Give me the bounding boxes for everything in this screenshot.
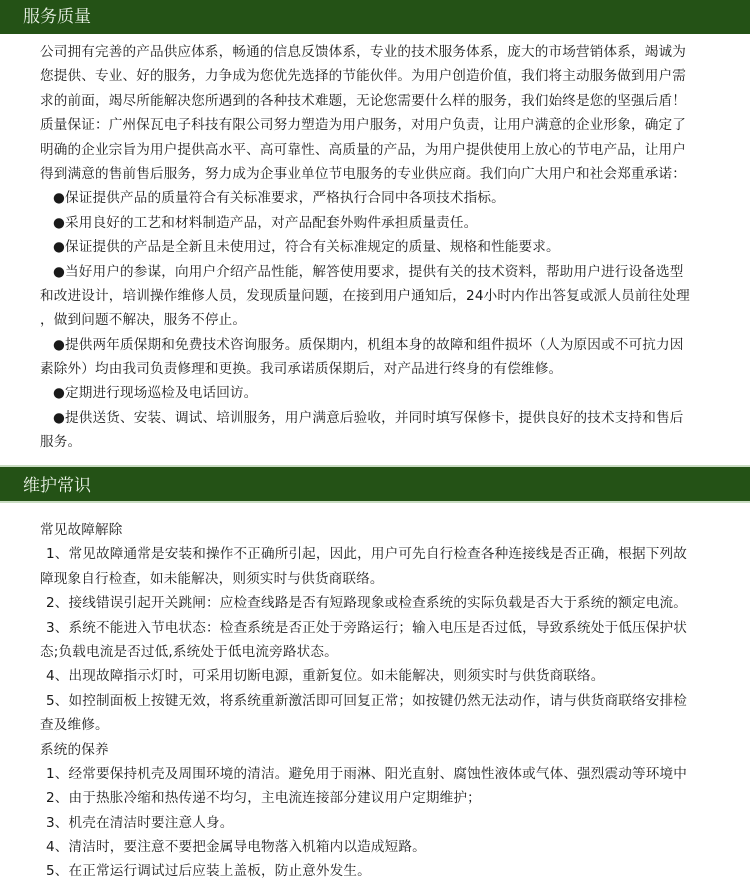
bullet-item: ●保证提供的产品是全新且未使用过，符合有关标准规定的质量、规格和性能要求。: [40, 235, 720, 259]
paragraph-line: 障现象自行检查，如未能解决，则须实时与供货商联络。: [40, 567, 720, 591]
numbered-item: 4、出现故障指示灯时，可采用切断电源，重新复位。如未能解决，则须实时与供货商联络…: [40, 664, 720, 688]
numbered-item: 4、清洁时，要注意不要把金属导电物落入机箱内以造成短路。: [40, 835, 720, 859]
numbered-item: 3、机壳在清洁时要注意人身。: [40, 811, 720, 835]
bullet-item: ●提供两年质保期和免费技术咨询服务。质保期内，机组本身的故障和组件损坏（人为原因…: [40, 333, 720, 357]
paragraph-line: 和改进设计，培训操作维修人员，发现质量问题，在接到用户通知后，24小时内作出答复…: [40, 284, 720, 308]
bullet-item: ●提供送货、安装、调试、培训服务，用户满意后验收，并同时填写保修卡，提供良好的技…: [40, 406, 720, 430]
paragraph-line: 公司拥有完善的产品供应体系，畅通的信息反馈体系，专业的技术服务体系，庞大的市场营…: [40, 40, 720, 64]
section-title: 服务质量: [23, 7, 91, 27]
paragraph-line: ，做到问题不解决，服务不停止。: [40, 308, 720, 332]
subsection-heading: 常见故障解除: [40, 518, 720, 542]
subsection-heading: 系统的保养: [40, 738, 720, 762]
numbered-item: 1、经常要保持机壳及周围环境的清洁。避免用于雨淋、阳光直射、腐蚀性液体或气体、强…: [40, 762, 720, 786]
numbered-item: 5、如控制面板上按键无效，将系统重新激活即可回复正常；如按键仍然无法动作，请与供…: [40, 689, 720, 713]
paragraph-line: 素除外）均由我司负责修理和更换。我司承诺质保期后，对产品进行终身的有偿维修。: [40, 357, 720, 381]
numbered-item: 1、常见故障通常是安装和操作不正确所引起，因此，用户可先自行检查各种连接线是否正…: [40, 542, 720, 566]
bullet-item: ●定期进行现场巡检及电话回访。: [40, 381, 720, 405]
numbered-item: 3、系统不能进入节电状态：检查系统是否正处于旁路运行；输入电压是否过低，导致系统…: [40, 616, 720, 640]
section-header-service-quality: 服务质量: [0, 0, 750, 34]
paragraph-line: 明确的企业宗旨为用户提供高水平、高可靠性、高质量的产品，为用户提供使用上放心的节…: [40, 138, 720, 162]
paragraph-line: 质量保证：广州保瓦电子科技有限公司努力塑造为用户服务，对用户负责，让用户满意的企…: [40, 113, 720, 137]
numbered-item: 2、接线错误引起开关跳闸：应检查线路是否有短路现象或检查系统的实际负载是否大于系…: [40, 591, 720, 615]
maintenance-body: 常见故障解除 1、常见故障通常是安装和操作不正确所引起，因此，用户可先自行检查各…: [40, 518, 720, 884]
paragraph-line: 服务。: [40, 430, 720, 454]
paragraph-line: 得到满意的售前售后服务，努力成为企事业单位节电服务的专业供应商。我们向广大用户和…: [40, 162, 720, 186]
paragraph-line: 态;负载电流是否过低,系统处于低电流旁路状态。: [40, 640, 720, 664]
bullet-item: ●采用良好的工艺和材料制造产品，对产品配套外购件承担质量责任。: [40, 211, 720, 235]
paragraph-line: 您提供、专业、好的服务，力争成为您优先选择的节能伙伴。为用户创造价值，我们将主动…: [40, 64, 720, 88]
paragraph-line: 求的前面，竭尽所能解决您所遇到的各种技术难题，无论您需要什么样的服务，我们始终是…: [40, 89, 720, 113]
numbered-item: 5、在正常运行调试过后应装上盖板，防止意外发生。: [40, 859, 720, 883]
bullet-item: ●当好用户的参谋，向用户介绍产品性能，解答使用要求，提供有关的技术资料，帮助用户…: [40, 260, 720, 284]
section-header-maintenance: 维护常识: [0, 465, 750, 503]
service-quality-body: 公司拥有完善的产品供应体系，畅通的信息反馈体系，专业的技术服务体系，庞大的市场营…: [40, 40, 720, 455]
paragraph-line: 查及维修。: [40, 713, 720, 737]
numbered-item: 2、由于热胀冷缩和热传递不均匀，主电流连接部分建议用户定期维护；: [40, 786, 720, 810]
bullet-item: ●保证提供产品的质量符合有关标准要求，严格执行合同中各项技术指标。: [40, 186, 720, 210]
section-title: 维护常识: [23, 476, 91, 496]
